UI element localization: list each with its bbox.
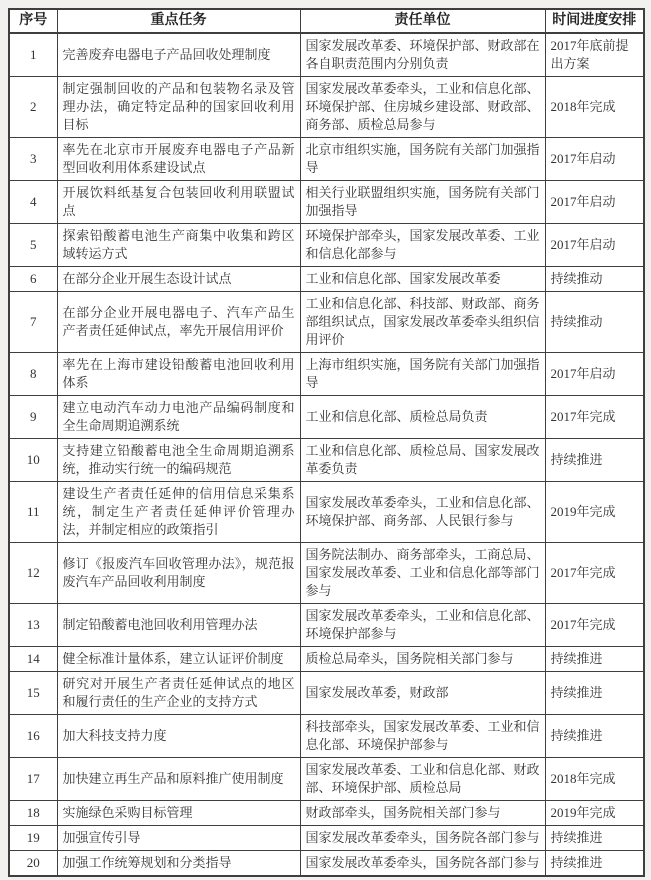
header-row: 序号重点任务责任单位时间进度安排 [9, 9, 644, 33]
task-cell: 制定强制回收的产品和包装物名录及管理办法，确定特定品种的国家回收利用目标 [57, 77, 300, 138]
row-number-cell: 20 [9, 851, 57, 877]
table-row: 4开展饮料纸基复合包装回收利用联盟试点相关行业联盟组织实施，国务院有关部门加强指… [9, 181, 644, 224]
table-row: 7在部分企业开展电器电子、汽车产品生产者责任延伸试点，率先开展信用评价工业和信息… [9, 292, 644, 353]
time-cell: 持续推进 [545, 715, 644, 758]
task-cell: 建设生产者责任延伸的信用信息采集系统，制定生产者责任延伸评价管理办法，并制定相应… [57, 482, 300, 543]
table-row: 6在部分企业开展生态设计试点工业和信息化部、国家发展改革委持续推动 [9, 267, 644, 292]
task-cell: 完善废弃电器电子产品回收处理制度 [57, 33, 300, 77]
unit-cell: 上海市组织实施，国务院有关部门加强指导 [300, 353, 545, 396]
row-number-cell: 2 [9, 77, 57, 138]
table-row: 12修订《报废汽车回收管理办法》，规范报废汽车产品回收利用制度国务院法制办、商务… [9, 543, 644, 604]
row-number-cell: 1 [9, 33, 57, 77]
task-cell: 制定铅酸蓄电池回收利用管理办法 [57, 604, 300, 647]
row-number-cell: 4 [9, 181, 57, 224]
row-number-cell: 17 [9, 758, 57, 801]
time-cell: 2018年完成 [545, 758, 644, 801]
task-cell: 加快建立再生产品和原料推广使用制度 [57, 758, 300, 801]
table-body: 1完善废弃电器电子产品回收处理制度国家发展改革委、环境保护部、财政部在各自职责范… [9, 33, 644, 876]
task-cell: 建立电动汽车动力电池产品编码制度和全生命周期追溯系统 [57, 396, 300, 439]
task-cell: 研究对开展生产者责任延伸试点的地区和履行责任的生产企业的支持方式 [57, 672, 300, 715]
table-row: 1完善废弃电器电子产品回收处理制度国家发展改革委、环境保护部、财政部在各自职责范… [9, 33, 644, 77]
time-cell: 2017年启动 [545, 224, 644, 267]
task-cell: 开展饮料纸基复合包装回收利用联盟试点 [57, 181, 300, 224]
task-cell: 修订《报废汽车回收管理办法》，规范报废汽车产品回收利用制度 [57, 543, 300, 604]
unit-cell: 工业和信息化部、质检总局负责 [300, 396, 545, 439]
time-cell: 持续推进 [545, 672, 644, 715]
document-page: 序号重点任务责任单位时间进度安排 1完善废弃电器电子产品回收处理制度国家发展改革… [0, 0, 651, 880]
time-cell: 2017年底前提出方案 [545, 33, 644, 77]
unit-cell: 财政部牵头，国务院相关部门参与 [300, 801, 545, 826]
row-number-cell: 11 [9, 482, 57, 543]
table-row: 13制定铅酸蓄电池回收利用管理办法国家发展改革委牵头，工业和信息化部、环境保护部… [9, 604, 644, 647]
row-number-cell: 16 [9, 715, 57, 758]
task-cell: 率先在上海市建设铅酸蓄电池回收利用体系 [57, 353, 300, 396]
time-cell: 2019年完成 [545, 482, 644, 543]
unit-cell: 国家发展改革委、环境保护部、财政部在各自职责范围内分别负责 [300, 33, 545, 77]
column-header-time: 时间进度安排 [545, 9, 644, 33]
unit-cell: 科技部牵头，国家发展改革委、工业和信息化部、环境保护部参与 [300, 715, 545, 758]
time-cell: 持续推动 [545, 292, 644, 353]
unit-cell: 国家发展改革委牵头，工业和信息化部、环境保护部、住房城乡建设部、财政部、商务部、… [300, 77, 545, 138]
table-row: 14健全标准计量体系，建立认证评价制度质检总局牵头，国务院相关部门参与持续推进 [9, 647, 644, 672]
task-cell: 实施绿色采购目标管理 [57, 801, 300, 826]
time-cell: 2017年完成 [545, 543, 644, 604]
row-number-cell: 9 [9, 396, 57, 439]
time-cell: 2017年启动 [545, 181, 644, 224]
time-cell: 2018年完成 [545, 77, 644, 138]
row-number-cell: 8 [9, 353, 57, 396]
column-header-task: 重点任务 [57, 9, 300, 33]
row-number-cell: 18 [9, 801, 57, 826]
row-number-cell: 19 [9, 826, 57, 851]
unit-cell: 国家发展改革委牵头，工业和信息化部、环境保护部、商务部、人民银行参与 [300, 482, 545, 543]
table-row: 19加强宣传引导国家发展改革委牵头，国务院各部门参与持续推进 [9, 826, 644, 851]
row-number-cell: 6 [9, 267, 57, 292]
unit-cell: 工业和信息化部、质检总局、国家发展改革委负责 [300, 439, 545, 482]
unit-cell: 工业和信息化部、国家发展改革委 [300, 267, 545, 292]
unit-cell: 环境保护部牵头，国家发展改革委、工业和信息化部参与 [300, 224, 545, 267]
time-cell: 2017年启动 [545, 353, 644, 396]
task-cell: 加强工作统筹规划和分类指导 [57, 851, 300, 877]
time-cell: 持续推动 [545, 267, 644, 292]
task-cell: 在部分企业开展电器电子、汽车产品生产者责任延伸试点，率先开展信用评价 [57, 292, 300, 353]
time-cell: 2017年启动 [545, 138, 644, 181]
unit-cell: 国务院法制办、商务部牵头，工商总局、国家发展改革委、工业和信息化部等部门参与 [300, 543, 545, 604]
time-cell: 2019年完成 [545, 801, 644, 826]
time-cell: 2017年完成 [545, 604, 644, 647]
table-row: 16加大科技支持力度科技部牵头，国家发展改革委、工业和信息化部、环境保护部参与持… [9, 715, 644, 758]
row-number-cell: 5 [9, 224, 57, 267]
unit-cell: 质检总局牵头，国务院相关部门参与 [300, 647, 545, 672]
task-cell: 加大科技支持力度 [57, 715, 300, 758]
table-header: 序号重点任务责任单位时间进度安排 [9, 9, 644, 33]
table-row: 18实施绿色采购目标管理财政部牵头，国务院相关部门参与2019年完成 [9, 801, 644, 826]
unit-cell: 工业和信息化部、科技部、财政部、商务部组织试点，国家发展改革委牵头组织信用评价 [300, 292, 545, 353]
row-number-cell: 3 [9, 138, 57, 181]
time-cell: 持续推进 [545, 647, 644, 672]
row-number-cell: 7 [9, 292, 57, 353]
table-row: 8率先在上海市建设铅酸蓄电池回收利用体系上海市组织实施，国务院有关部门加强指导2… [9, 353, 644, 396]
table-row: 20加强工作统筹规划和分类指导国家发展改革委牵头，国务院各部门参与持续推进 [9, 851, 644, 877]
column-header-unit: 责任单位 [300, 9, 545, 33]
time-cell: 持续推进 [545, 851, 644, 877]
task-cell: 率先在北京市开展废弃电器电子产品新型回收利用体系建设试点 [57, 138, 300, 181]
unit-cell: 国家发展改革委牵头，工业和信息化部、环境保护部参与 [300, 604, 545, 647]
row-number-cell: 10 [9, 439, 57, 482]
unit-cell: 国家发展改革委，财政部 [300, 672, 545, 715]
row-number-cell: 14 [9, 647, 57, 672]
task-cell: 加强宣传引导 [57, 826, 300, 851]
task-cell: 在部分企业开展生态设计试点 [57, 267, 300, 292]
table-row: 3率先在北京市开展废弃电器电子产品新型回收利用体系建设试点北京市组织实施，国务院… [9, 138, 644, 181]
row-number-cell: 15 [9, 672, 57, 715]
table-row: 10支持建立铅酸蓄电池全生命周期追溯系统，推动实行统一的编码规范工业和信息化部、… [9, 439, 644, 482]
table-row: 5探索铅酸蓄电池生产商集中收集和跨区域转运方式环境保护部牵头，国家发展改革委、工… [9, 224, 644, 267]
unit-cell: 相关行业联盟组织实施，国务院有关部门加强指导 [300, 181, 545, 224]
task-cell: 探索铅酸蓄电池生产商集中收集和跨区域转运方式 [57, 224, 300, 267]
row-number-cell: 12 [9, 543, 57, 604]
task-cell: 支持建立铅酸蓄电池全生命周期追溯系统，推动实行统一的编码规范 [57, 439, 300, 482]
table-row: 9建立电动汽车动力电池产品编码制度和全生命周期追溯系统工业和信息化部、质检总局负… [9, 396, 644, 439]
column-header-no: 序号 [9, 9, 57, 33]
table-row: 11建设生产者责任延伸的信用信息采集系统，制定生产者责任延伸评价管理办法，并制定… [9, 482, 644, 543]
task-cell: 健全标准计量体系，建立认证评价制度 [57, 647, 300, 672]
unit-cell: 国家发展改革委牵头，国务院各部门参与 [300, 826, 545, 851]
unit-cell: 国家发展改革委、工业和信息化部、财政部、环境保护部、质检总局 [300, 758, 545, 801]
key-tasks-table: 序号重点任务责任单位时间进度安排 1完善废弃电器电子产品回收处理制度国家发展改革… [8, 8, 645, 877]
unit-cell: 北京市组织实施，国务院有关部门加强指导 [300, 138, 545, 181]
table-row: 2制定强制回收的产品和包装物名录及管理办法，确定特定品种的国家回收利用目标国家发… [9, 77, 644, 138]
table-row: 15研究对开展生产者责任延伸试点的地区和履行责任的生产企业的支持方式国家发展改革… [9, 672, 644, 715]
time-cell: 持续推进 [545, 826, 644, 851]
table-row: 17加快建立再生产品和原料推广使用制度国家发展改革委、工业和信息化部、财政部、环… [9, 758, 644, 801]
time-cell: 持续推进 [545, 439, 644, 482]
time-cell: 2017年完成 [545, 396, 644, 439]
row-number-cell: 13 [9, 604, 57, 647]
unit-cell: 国家发展改革委牵头，国务院各部门参与 [300, 851, 545, 877]
